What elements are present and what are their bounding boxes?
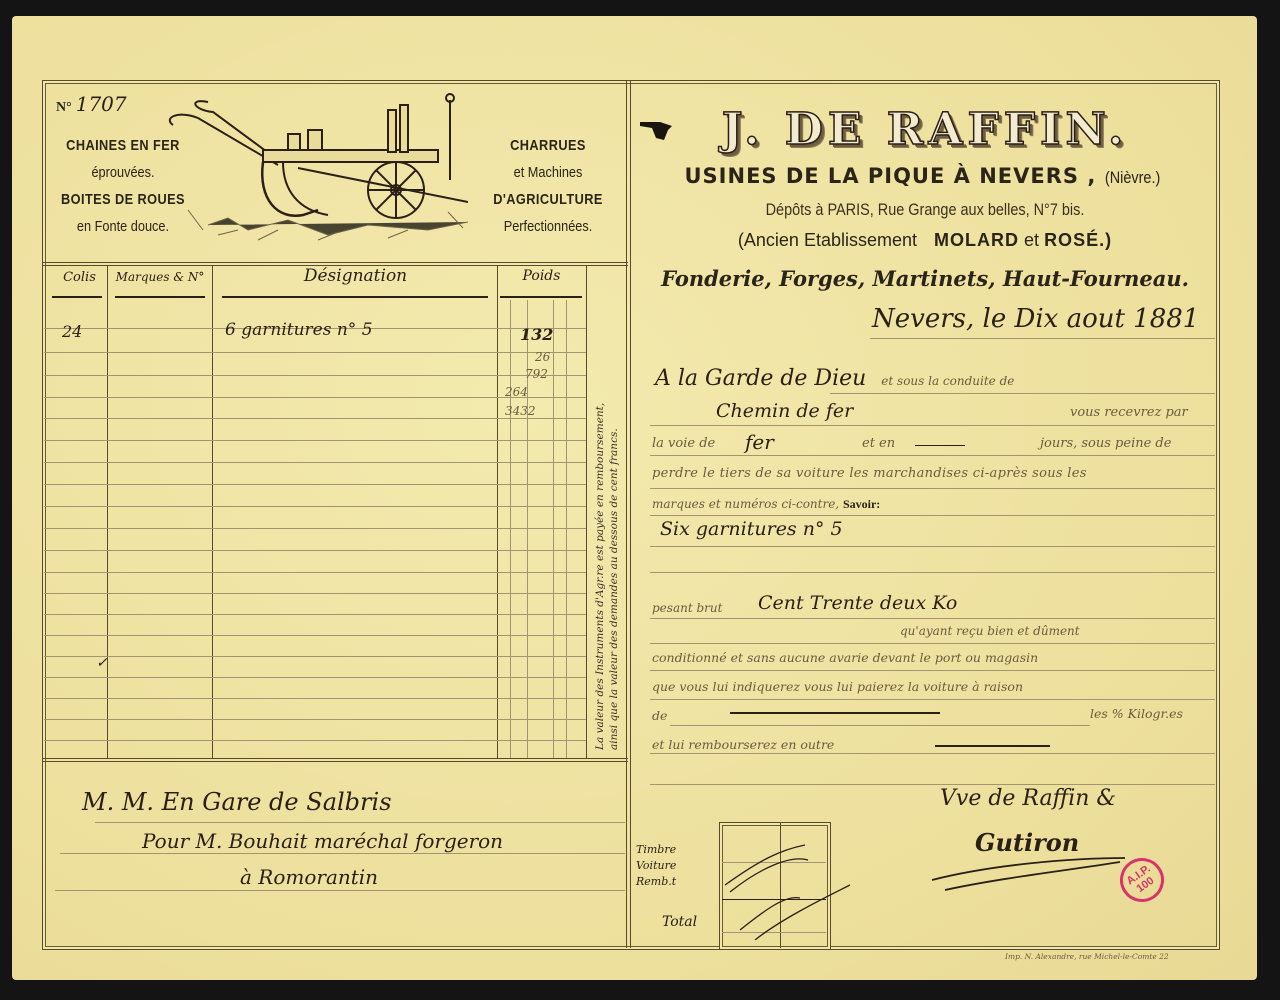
et-label: et	[1024, 230, 1039, 250]
header-underline-poids	[500, 296, 582, 298]
items-hand: Six garnitures n° 5	[660, 518, 843, 540]
number-label: N°	[56, 100, 72, 115]
signature-flourish-icon	[930, 850, 1130, 895]
col-divider-1	[107, 265, 108, 758]
molard-label: MOLARD	[934, 230, 1019, 250]
letter-line	[650, 572, 1215, 573]
letter-line	[650, 455, 1215, 456]
remb-label: Remb.t	[636, 875, 676, 888]
row-line	[44, 719, 586, 720]
panel-divider	[626, 80, 627, 948]
rembourserez-text: et lui rembourserez en outre	[652, 737, 834, 752]
row-line	[44, 528, 586, 529]
letter-line	[650, 515, 1215, 516]
poids-calc-1: 26	[535, 350, 550, 364]
header-marques: Marques & N°	[110, 270, 210, 284]
rate-dash	[730, 712, 940, 714]
header-underline-colis	[52, 296, 102, 298]
row-line	[44, 614, 586, 615]
letter-line	[650, 546, 1215, 547]
table-bottom2	[42, 761, 628, 762]
col-divider-2	[212, 265, 213, 758]
header-underline-marques	[115, 296, 205, 298]
poids-sub-1	[510, 300, 511, 758]
weight-hand: Cent Trente deux Ko	[758, 592, 957, 614]
printer-credit: Imp. N. Alexandre, rue Michel-le-Comte 2…	[1005, 952, 1169, 961]
dash-strokes-icon	[720, 830, 860, 940]
row-line	[44, 593, 586, 594]
row-line	[44, 635, 586, 636]
row-line	[44, 656, 586, 657]
conditionne-text: conditionné et sans aucune avarie devant…	[652, 650, 1038, 665]
marques-print: marques et numéros ci-contre,	[652, 497, 839, 511]
document-number: N° 1707	[56, 92, 127, 116]
agriculture-label: D'AGRICULTURE	[482, 186, 615, 213]
left-header-bottom	[42, 262, 628, 263]
ancien-label: (Ancien Etablissement	[738, 230, 917, 250]
date-line	[870, 338, 1215, 339]
charrues-label: CHARRUES	[482, 132, 615, 159]
place-date: Nevers, le Dix aout 1881	[872, 304, 1199, 334]
signature-line-1: Vve de Raffin &	[940, 786, 1116, 811]
voiture-label: Voiture	[636, 859, 676, 872]
marques-text: marques et numéros ci-contre, Savoir:	[652, 497, 880, 512]
timbre-label: Timbre	[636, 843, 676, 856]
header-designation: Désignation	[214, 266, 497, 286]
company-line-4: Fonderie, Forges, Martinets, Haut-Fourne…	[632, 266, 1218, 291]
letter-line	[650, 670, 1215, 671]
carrier-hand: Chemin de fer	[716, 400, 853, 422]
letter-line	[650, 753, 1215, 754]
header-colis: Colis	[52, 270, 107, 285]
de-text: de	[652, 708, 667, 723]
usines-label: USINES DE LA PIQUE À NEVERS ,	[685, 164, 1097, 188]
letter-line	[670, 725, 1090, 726]
poids-calc-4: 3432	[505, 404, 536, 418]
header-poids: Poids	[497, 268, 586, 284]
poids-calc-3: 264	[505, 385, 528, 399]
pesant-text: pesant brut	[652, 601, 722, 615]
opening-text: A la Garde de Dieu	[655, 366, 866, 391]
row-line	[44, 677, 586, 678]
remb-dash	[935, 745, 1050, 747]
letter-line	[650, 784, 1215, 785]
header-underline-designation	[222, 296, 488, 298]
address-line	[95, 822, 625, 823]
poids-sub-4	[566, 300, 567, 758]
perfectionnees-label: Perfectionnées.	[482, 213, 615, 240]
col-divider-4	[586, 265, 587, 758]
row-line	[44, 462, 586, 463]
company-name: J. DE RAFFIN.	[632, 104, 1218, 155]
table-bottom	[42, 758, 628, 759]
letter-line	[650, 425, 1215, 426]
row-line	[44, 418, 586, 419]
row-line	[44, 352, 586, 353]
indiquerez-text: que vous lui indiquerez vous lui paierez…	[652, 679, 1023, 694]
letter-line	[650, 488, 1215, 489]
address-line	[55, 890, 625, 891]
opening-line: A la Garde de Dieu et sous la conduite d…	[655, 366, 1014, 391]
address-line	[60, 853, 625, 854]
letter-line	[650, 618, 1215, 619]
kilogr-text: les % Kilogr.es	[1090, 706, 1183, 721]
address-line-3: à Romorantin	[240, 865, 378, 889]
col-divider-3	[497, 265, 498, 758]
address-line-2: Pour M. Bouhait maréchal forgeron	[142, 829, 503, 853]
conduite-text: et sous la conduite de	[881, 374, 1014, 388]
voie-hand: fer	[745, 430, 774, 454]
address-line-1: M. M. En Gare de Salbris	[82, 788, 392, 816]
nievre-label: (Nièvre.)	[1105, 168, 1160, 188]
row-line	[44, 506, 586, 507]
tick-mark: ✓	[96, 655, 108, 671]
savoir-label: Savoir:	[843, 497, 880, 511]
right-header-text: CHARRUES et Machines D'AGRICULTURE Perfe…	[470, 132, 626, 240]
row-line	[44, 550, 586, 551]
dash-mark	[915, 445, 965, 446]
number-value: 1707	[76, 92, 127, 116]
row-line	[44, 740, 586, 741]
plough-illustration-icon	[168, 90, 468, 250]
poids-sub-3	[553, 300, 554, 758]
cell-designation: 6 garnitures n° 5	[225, 320, 373, 340]
total-label: Total	[662, 914, 697, 930]
row-line	[44, 698, 586, 699]
rose-label: ROSÉ.)	[1044, 230, 1112, 250]
panel-divider-inner	[630, 80, 631, 948]
machines-label: et Machines	[482, 159, 615, 186]
row-line	[44, 572, 586, 573]
jours-text: jours, sous peine de	[1040, 436, 1171, 451]
cell-colis: 24	[62, 322, 82, 341]
row-line	[44, 375, 586, 376]
side-note: La valeur des Instruments d'Agr.re est p…	[593, 380, 621, 750]
company-line-1: USINES DE LA PIQUE À NEVERS , (Nièvre.)	[632, 164, 1218, 188]
row-line	[44, 484, 586, 485]
poids-calc-2: 792	[525, 367, 548, 381]
voie-text: la voie de	[652, 436, 715, 451]
et-en-text: et en	[862, 436, 895, 451]
letter-line	[830, 393, 1215, 394]
side-note-text: La valeur des Instruments d'Agr.re est p…	[594, 403, 620, 750]
letter-line	[650, 699, 1215, 700]
cell-poids: 132	[520, 325, 553, 344]
company-line-3: (Ancien Etablissement MOLARD et ROSÉ.)	[632, 230, 1218, 251]
row-line	[44, 440, 586, 441]
recevrez-text: vous recevrez par	[1070, 405, 1188, 420]
letter-line	[650, 643, 1215, 644]
perdre-text: perdre le tiers de sa voiture les marcha…	[652, 466, 1087, 481]
company-line-2: Dépôts à PARIS, Rue Grange aux belles, N…	[676, 200, 1174, 220]
ayant-text: qu'ayant reçu bien et dûment	[900, 624, 1080, 638]
